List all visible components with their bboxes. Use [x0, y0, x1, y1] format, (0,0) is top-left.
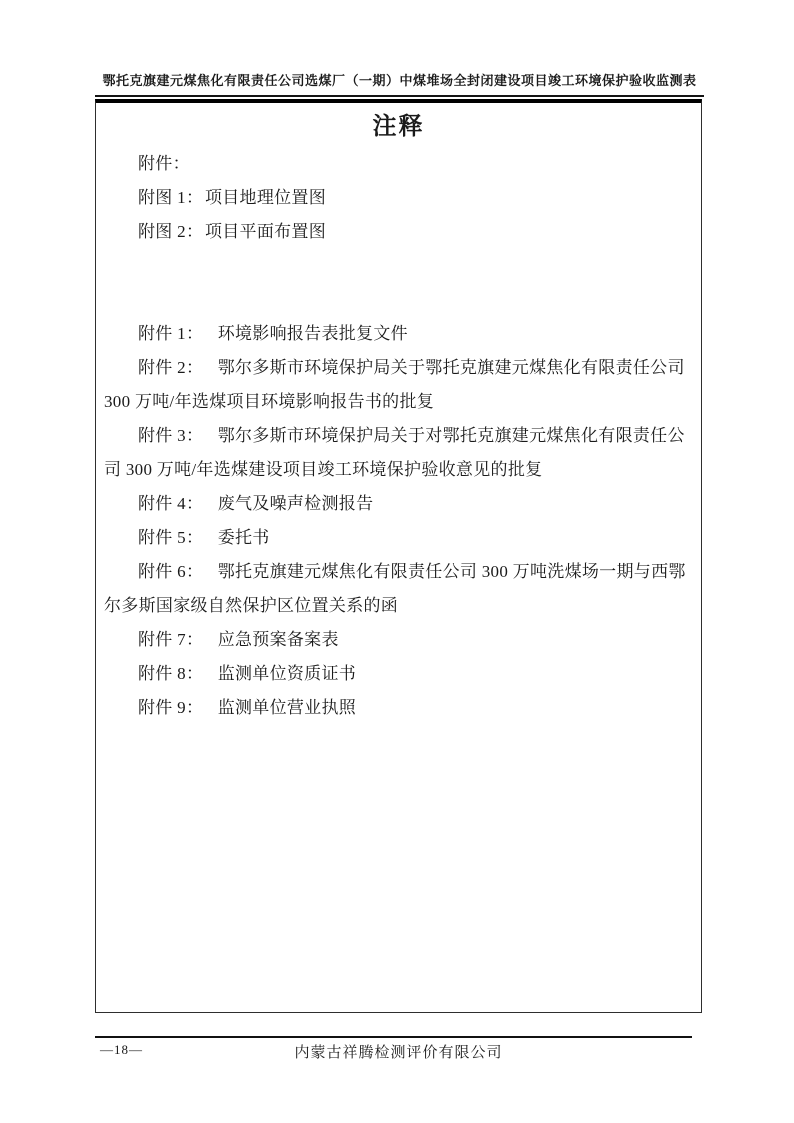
attachment-item-text: 应急预案备案表: [218, 630, 339, 649]
attachment-item-label: 附件 6：: [138, 562, 203, 581]
blank-lines-spacer: [104, 249, 693, 317]
figure-item-label: 附图 2：: [138, 222, 203, 241]
attachment-item-text: 监测单位营业执照: [218, 698, 356, 717]
attachment-item-label: 附件 9：: [138, 698, 203, 717]
attachment-item-label: 附件 4：: [138, 494, 203, 513]
notes-box: 注释 附件： 附图 1：项目地理位置图 附图 2：项目平面布置图 附件 1：环境…: [95, 99, 702, 1013]
figure-item-text: 项目地理位置图: [205, 188, 326, 207]
figure-item-label: 附图 1：: [138, 188, 203, 207]
attachment-item-text: 环境影响报告表批复文件: [218, 324, 408, 343]
attachment-item-label: 附件 2：: [138, 358, 203, 377]
page-number: —18—: [100, 1042, 143, 1058]
document-title: 鄂托克旗建元煤焦化有限责任公司选煤厂（一期）中煤堆场全封闭建设项目竣工环境保护验…: [95, 70, 704, 89]
figure-item-text: 项目平面布置图: [205, 222, 326, 241]
attachment-item-6: 附件 6：鄂托克旗建元煤焦化有限责任公司 300 万吨洗煤场一期与西鄂尔多斯国家…: [104, 555, 693, 623]
attachment-item-7: 附件 7：应急预案备案表: [104, 623, 693, 657]
attachment-item-text: 废气及噪声检测报告: [218, 494, 374, 513]
figure-item-1: 附图 1：项目地理位置图: [104, 181, 693, 215]
footer-company-name: 内蒙古祥腾检测评价有限公司: [294, 1045, 502, 1061]
attachment-item-label: 附件 5：: [138, 528, 203, 547]
attachment-item-text: 委托书: [218, 528, 270, 547]
attachment-item-label: 附件 3：: [138, 426, 203, 445]
attachment-item-1: 附件 1：环境影响报告表批复文件: [104, 317, 693, 351]
attachment-item-9: 附件 9：监测单位营业执照: [104, 691, 693, 725]
attachment-item-4: 附件 4：废气及噪声检测报告: [104, 487, 693, 521]
page-footer: —18— 内蒙古祥腾检测评价有限公司: [95, 1041, 702, 1062]
attachment-item-label: 附件 7：: [138, 630, 203, 649]
section-title: 注释: [104, 109, 693, 145]
figure-item-2: 附图 2：项目平面布置图: [104, 215, 693, 249]
attachment-item-label: 附件 1：: [138, 324, 203, 343]
attachment-item-2: 附件 2：鄂尔多斯市环境保护局关于鄂托克旗建元煤焦化有限责任公司 300 万吨/…: [104, 351, 693, 419]
attachments-heading: 附件：: [104, 147, 693, 181]
attachment-item-8: 附件 8：监测单位资质证书: [104, 657, 693, 691]
attachment-item-text: 监测单位资质证书: [218, 664, 356, 683]
attachment-item-5: 附件 5：委托书: [104, 521, 693, 555]
footer-divider: [95, 1036, 692, 1038]
attachment-item-label: 附件 8：: [138, 664, 203, 683]
running-header: 鄂托克旗建元煤焦化有限责任公司选煤厂（一期）中煤堆场全封闭建设项目竣工环境保护验…: [95, 70, 704, 97]
attachment-item-3: 附件 3：鄂尔多斯市环境保护局关于对鄂托克旗建元煤焦化有限责任公司 300 万吨…: [104, 419, 693, 487]
document-page: 鄂托克旗建元煤焦化有限责任公司选煤厂（一期）中煤堆场全封闭建设项目竣工环境保护验…: [0, 0, 794, 1123]
